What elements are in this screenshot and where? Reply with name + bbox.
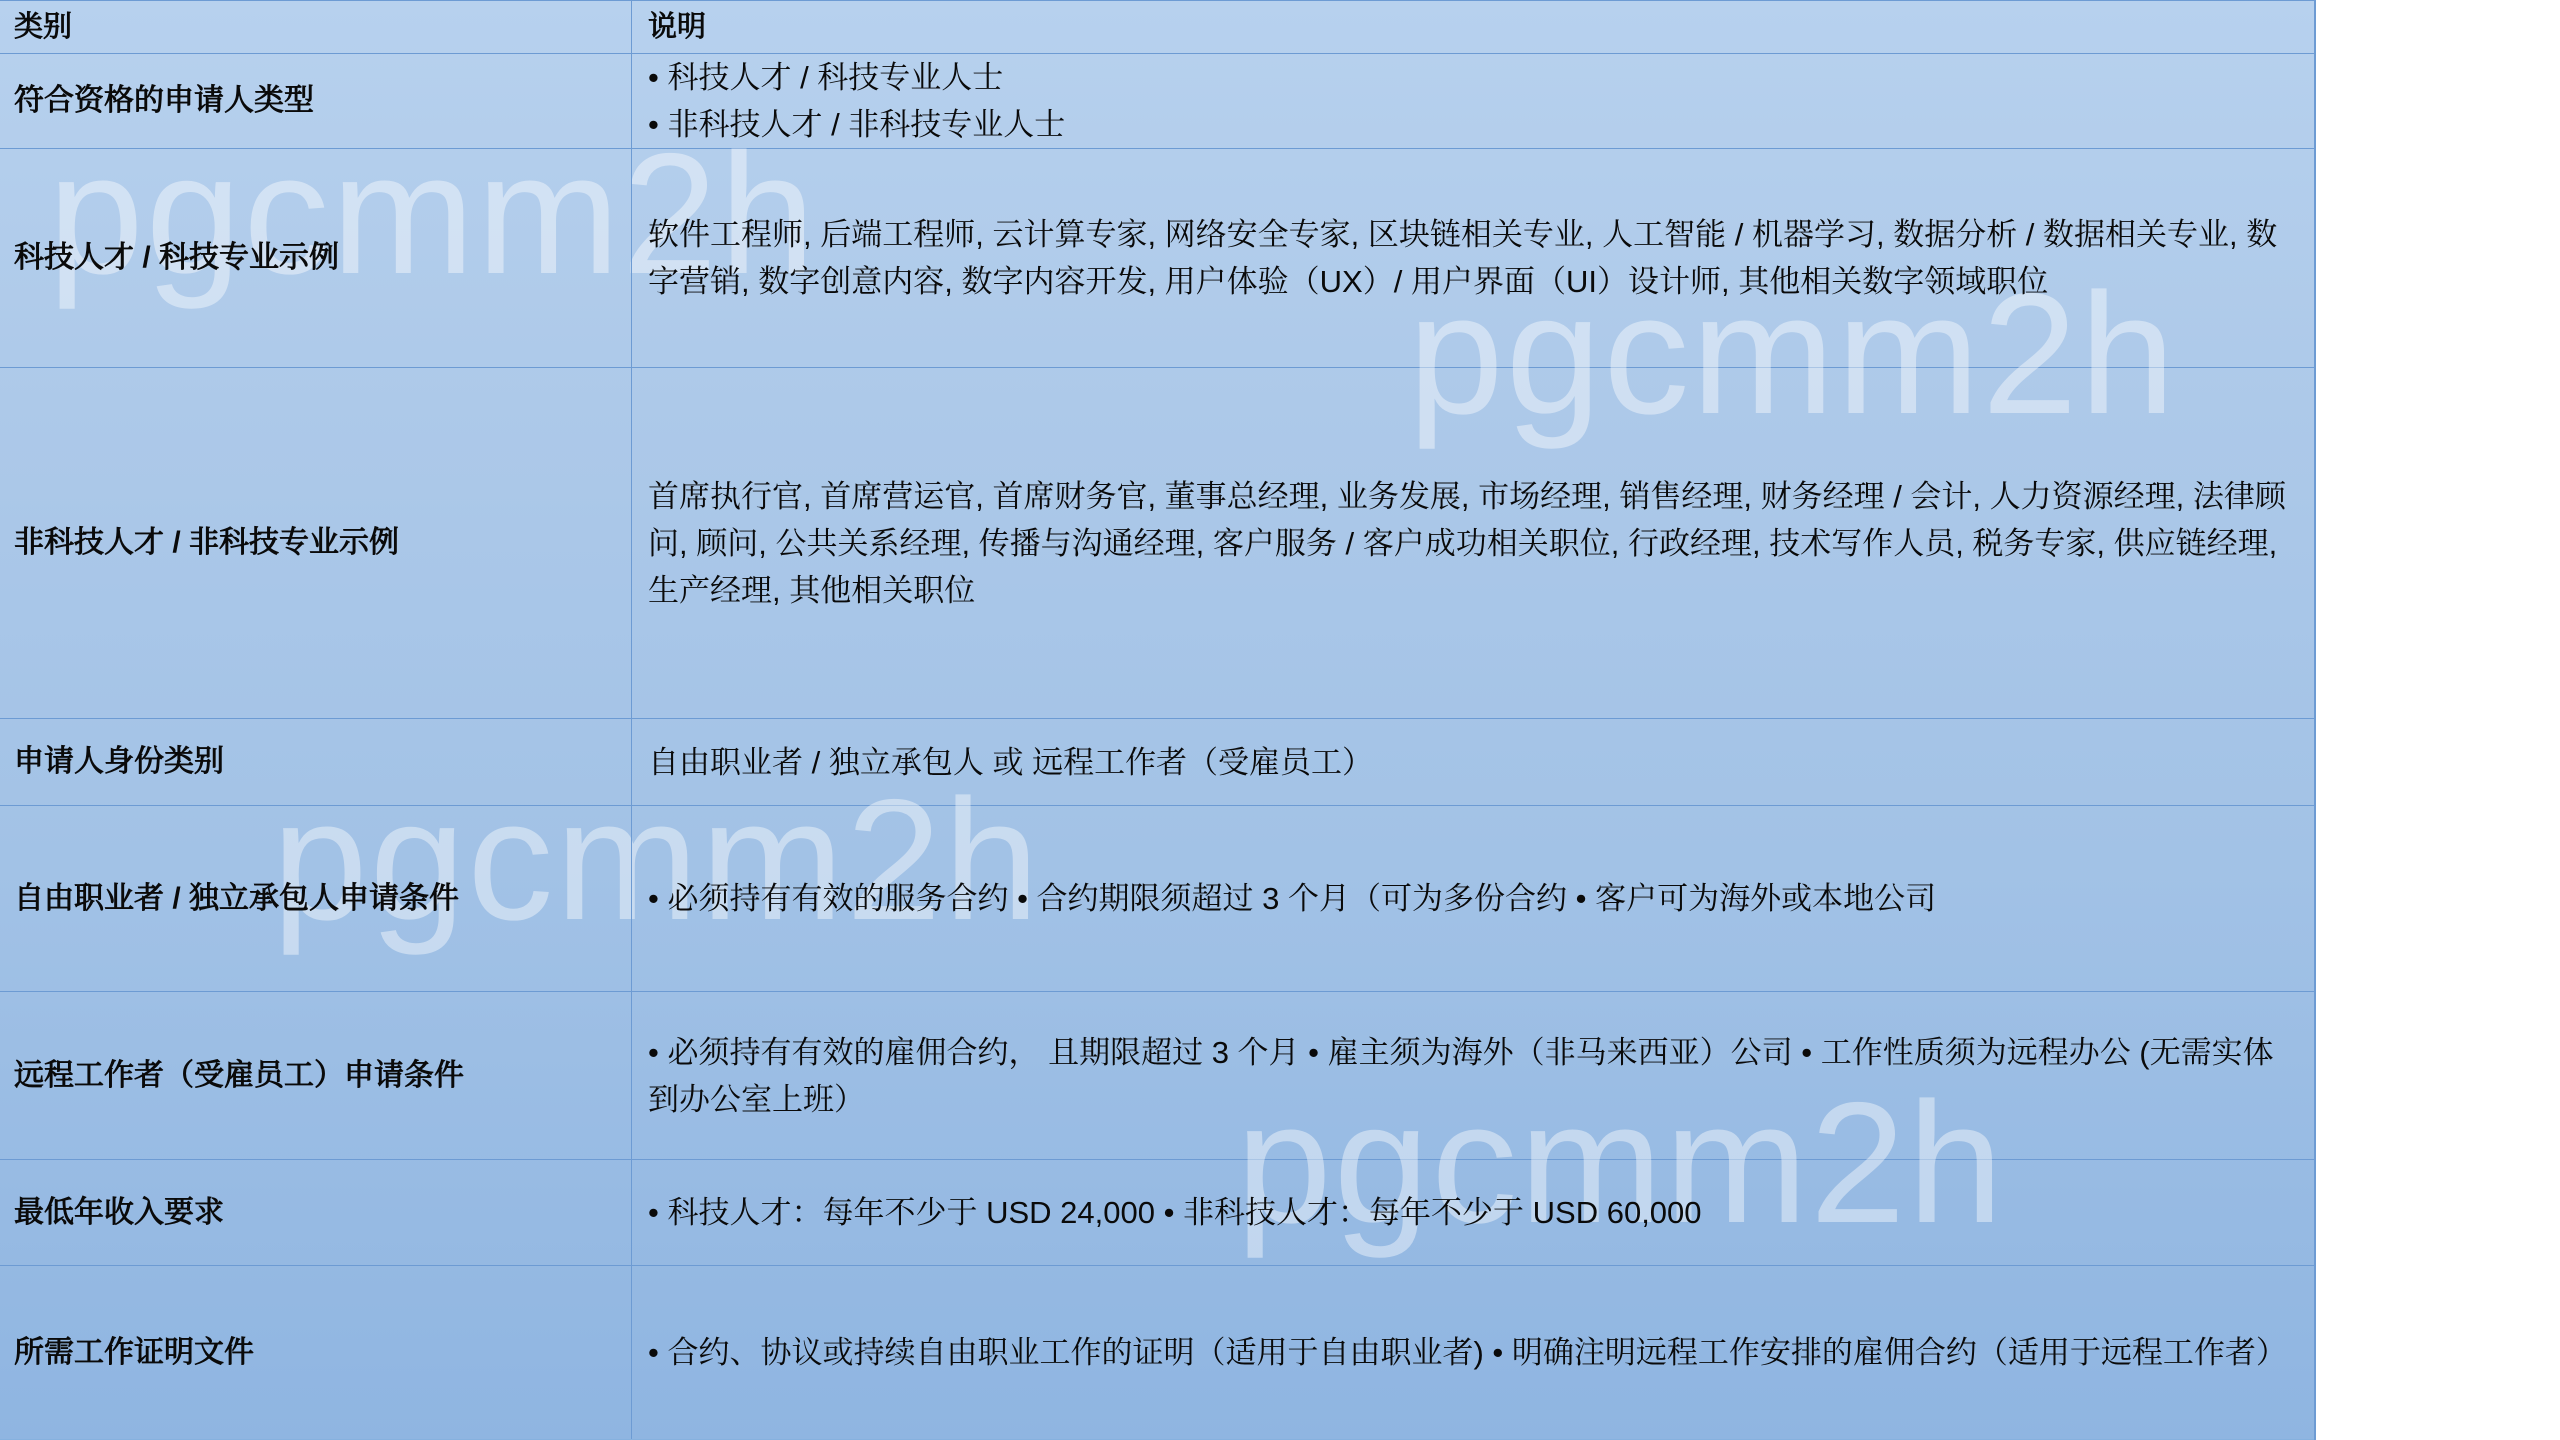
table-row: 最低年收入要求 • 科技人才：每年不少于 USD 24,000 • 非科技人才：… xyxy=(0,1160,2314,1266)
table-row: 远程工作者（受雇员工）申请条件 • 必须持有有效的雇佣合约， 且期限超过 3 个… xyxy=(0,992,2314,1160)
category-cell: 符合资格的申请人类型 xyxy=(0,54,632,148)
table-header-row: 类别 说明 xyxy=(0,1,2314,54)
description-cell: • 科技人才 / 科技专业人士 • 非科技人才 / 非科技专业人士 xyxy=(632,54,2314,148)
category-text: 申请人身份类别 xyxy=(14,740,224,784)
description-text: • 必须持有有效的雇佣合约， 且期限超过 3 个月 • 雇主须为海外（非马来西亚… xyxy=(648,1029,2288,1123)
category-cell: 自由职业者 / 独立承包人申请条件 xyxy=(0,806,632,991)
table-row: 所需工作证明文件 • 合约、协议或持续自由职业工作的证明（适用于自由职业者) •… xyxy=(0,1266,2314,1440)
eligibility-table: 类别 说明 符合资格的申请人类型 • 科技人才 / 科技专业人士 • 非科技人才… xyxy=(0,0,2316,1440)
category-text: 自由职业者 / 独立承包人申请条件 xyxy=(14,877,459,921)
description-cell: • 必须持有有效的雇佣合约， 且期限超过 3 个月 • 雇主须为海外（非马来西亚… xyxy=(632,992,2314,1159)
column-header-description-label: 说明 xyxy=(648,11,706,43)
table-row: 科技人才 / 科技专业示例 软件工程师, 后端工程师, 云计算专家, 网络安全专… xyxy=(0,149,2314,368)
category-text: 所需工作证明文件 xyxy=(14,1331,254,1375)
description-text: • 必须持有有效的服务合约 • 合约期限须超过 3 个月（可为多份合约 • 客户… xyxy=(648,875,1936,922)
category-text: 非科技人才 / 非科技专业示例 xyxy=(14,521,399,565)
description-text: 软件工程师, 后端工程师, 云计算专家, 网络安全专家, 区块链相关专业, 人工… xyxy=(648,211,2288,305)
category-cell: 最低年收入要求 xyxy=(0,1160,632,1265)
table-row: 符合资格的申请人类型 • 科技人才 / 科技专业人士 • 非科技人才 / 非科技… xyxy=(0,54,2314,149)
description-cell: • 科技人才：每年不少于 USD 24,000 • 非科技人才：每年不少于 US… xyxy=(632,1160,2314,1265)
table-row: 自由职业者 / 独立承包人申请条件 • 必须持有有效的服务合约 • 合约期限须超… xyxy=(0,806,2314,992)
description-cell: • 必须持有有效的服务合约 • 合约期限须超过 3 个月（可为多份合约 • 客户… xyxy=(632,806,2314,991)
description-cell: 首席执行官, 首席营运官, 首席财务官, 董事总经理, 业务发展, 市场经理, … xyxy=(632,368,2314,718)
description-text: • 科技人才 / 科技专业人士 • 非科技人才 / 非科技专业人士 xyxy=(648,54,1065,148)
column-header-description: 说明 xyxy=(632,1,2314,53)
description-text: • 科技人才：每年不少于 USD 24,000 • 非科技人才：每年不少于 US… xyxy=(648,1189,1702,1236)
category-cell: 申请人身份类别 xyxy=(0,719,632,805)
description-cell: 自由职业者 / 独立承包人 或 远程工作者（受雇员工） xyxy=(632,719,2314,805)
category-text: 最低年收入要求 xyxy=(14,1191,224,1235)
description-text: • 合约、协议或持续自由职业工作的证明（适用于自由职业者) • 明确注明远程工作… xyxy=(648,1329,2287,1376)
column-header-category-label: 类别 xyxy=(14,11,72,43)
description-cell: 软件工程师, 后端工程师, 云计算专家, 网络安全专家, 区块链相关专业, 人工… xyxy=(632,149,2314,367)
category-cell: 远程工作者（受雇员工）申请条件 xyxy=(0,992,632,1159)
description-text: 首席执行官, 首席营运官, 首席财务官, 董事总经理, 业务发展, 市场经理, … xyxy=(648,473,2288,614)
category-text: 科技人才 / 科技专业示例 xyxy=(14,236,339,280)
category-cell: 科技人才 / 科技专业示例 xyxy=(0,149,632,367)
category-text: 符合资格的申请人类型 xyxy=(14,79,314,123)
description-cell: • 合约、协议或持续自由职业工作的证明（适用于自由职业者) • 明确注明远程工作… xyxy=(632,1266,2314,1439)
category-cell: 非科技人才 / 非科技专业示例 xyxy=(0,368,632,718)
category-text: 远程工作者（受雇员工）申请条件 xyxy=(14,1054,464,1098)
column-header-category: 类别 xyxy=(0,1,632,53)
category-cell: 所需工作证明文件 xyxy=(0,1266,632,1439)
description-text: 自由职业者 / 独立承包人 或 远程工作者（受雇员工） xyxy=(648,739,1373,786)
table-row: 申请人身份类别 自由职业者 / 独立承包人 或 远程工作者（受雇员工） xyxy=(0,719,2314,806)
table-row: 非科技人才 / 非科技专业示例 首席执行官, 首席营运官, 首席财务官, 董事总… xyxy=(0,368,2314,719)
